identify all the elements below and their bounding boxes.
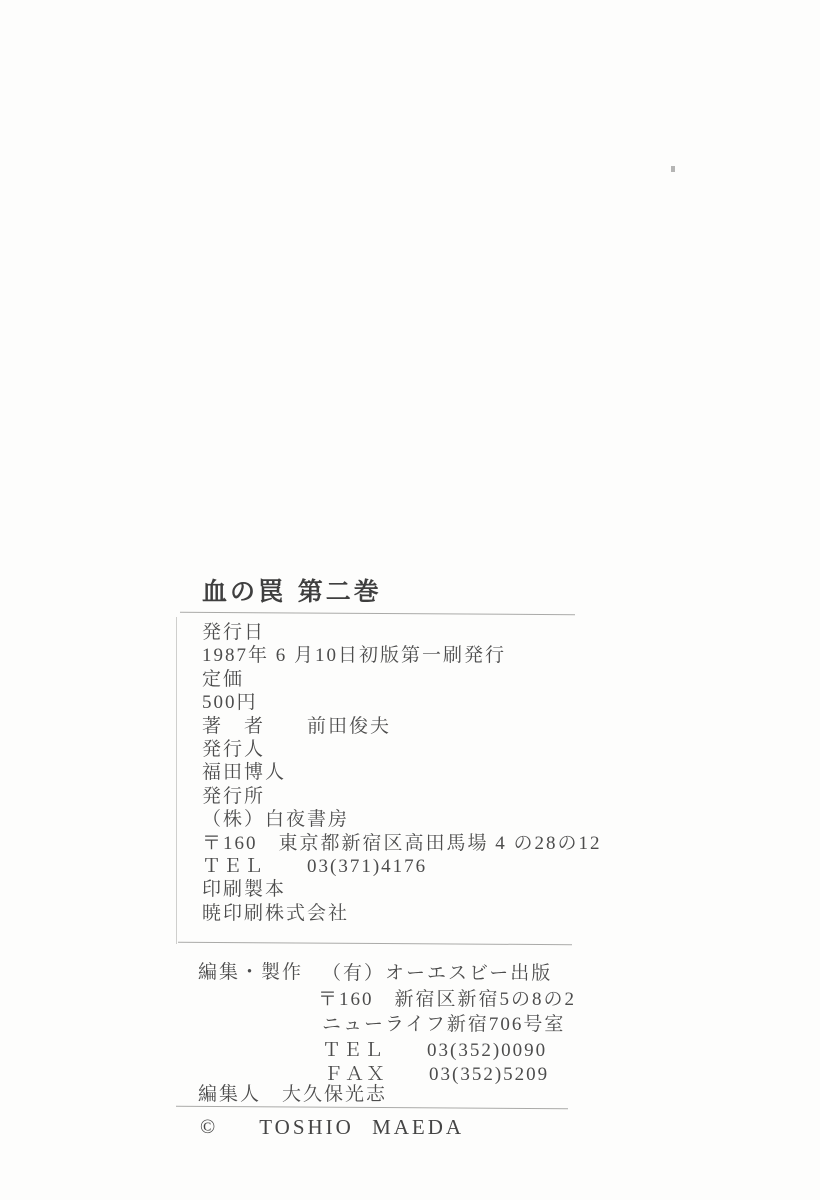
scanned-colophon-page: 血の罠 第二巻 発行日 1987年 6 月10日初版第一刷発行 定価 500円 …: [0, 0, 820, 1200]
editing-production-label: 編集・製作: [198, 957, 303, 984]
divider-bottom: [176, 1106, 568, 1109]
colophon-line-publisher-tel: ＴＥＬ 03(371)4176: [202, 855, 602, 878]
editor-name: 編集人 大久保光志: [198, 1079, 387, 1106]
divider-mid: [178, 942, 572, 945]
copyright-line: ©TOSHIO MAEDA: [200, 1115, 464, 1140]
editing-address-line-2: ニューライフ新宿706号室: [322, 1009, 565, 1036]
divider-under-title: [180, 612, 575, 615]
colophon-line-publish-date: 1987年 6 月10日初版第一刷発行: [202, 644, 602, 667]
scan-artifact-speck: [671, 166, 675, 172]
copyright-symbol: ©: [200, 1116, 215, 1139]
publication-info-block: 発行日 1987年 6 月10日初版第一刷発行 定価 500円 著 者 前田俊夫…: [202, 621, 602, 925]
colophon-line-publish-date-label: 発行日: [202, 621, 602, 644]
colophon-line-author: 著 者 前田俊夫: [202, 715, 602, 738]
colophon-line-price-label: 定価: [202, 668, 602, 691]
copyright-holder: TOSHIO MAEDA: [259, 1115, 464, 1140]
colophon-line-price: 500円: [202, 691, 602, 714]
colophon-line-printing-company: 暁印刷株式会社: [202, 902, 602, 925]
editing-tel: ＴＥＬ 03(352)0090: [322, 1035, 547, 1062]
colophon-line-publishing-house: （株）白夜書房: [202, 808, 602, 831]
left-margin-line: [176, 617, 177, 944]
colophon-line-printing-label: 印刷製本: [202, 878, 602, 901]
editing-address-line-1: 〒160 新宿区新宿5の8の2: [318, 984, 576, 1011]
book-title: 血の罠 第二巻: [202, 572, 382, 608]
colophon-line-publishing-house-label: 発行所: [202, 785, 602, 808]
editing-company: （有）オーエスビー出版: [322, 958, 552, 985]
colophon-line-publisher-label: 発行人: [202, 738, 602, 761]
colophon-line-publisher-address: 〒160 東京都新宿区高田馬場 4 の28の12: [202, 832, 602, 855]
colophon-line-publisher-name: 福田博人: [202, 761, 602, 784]
